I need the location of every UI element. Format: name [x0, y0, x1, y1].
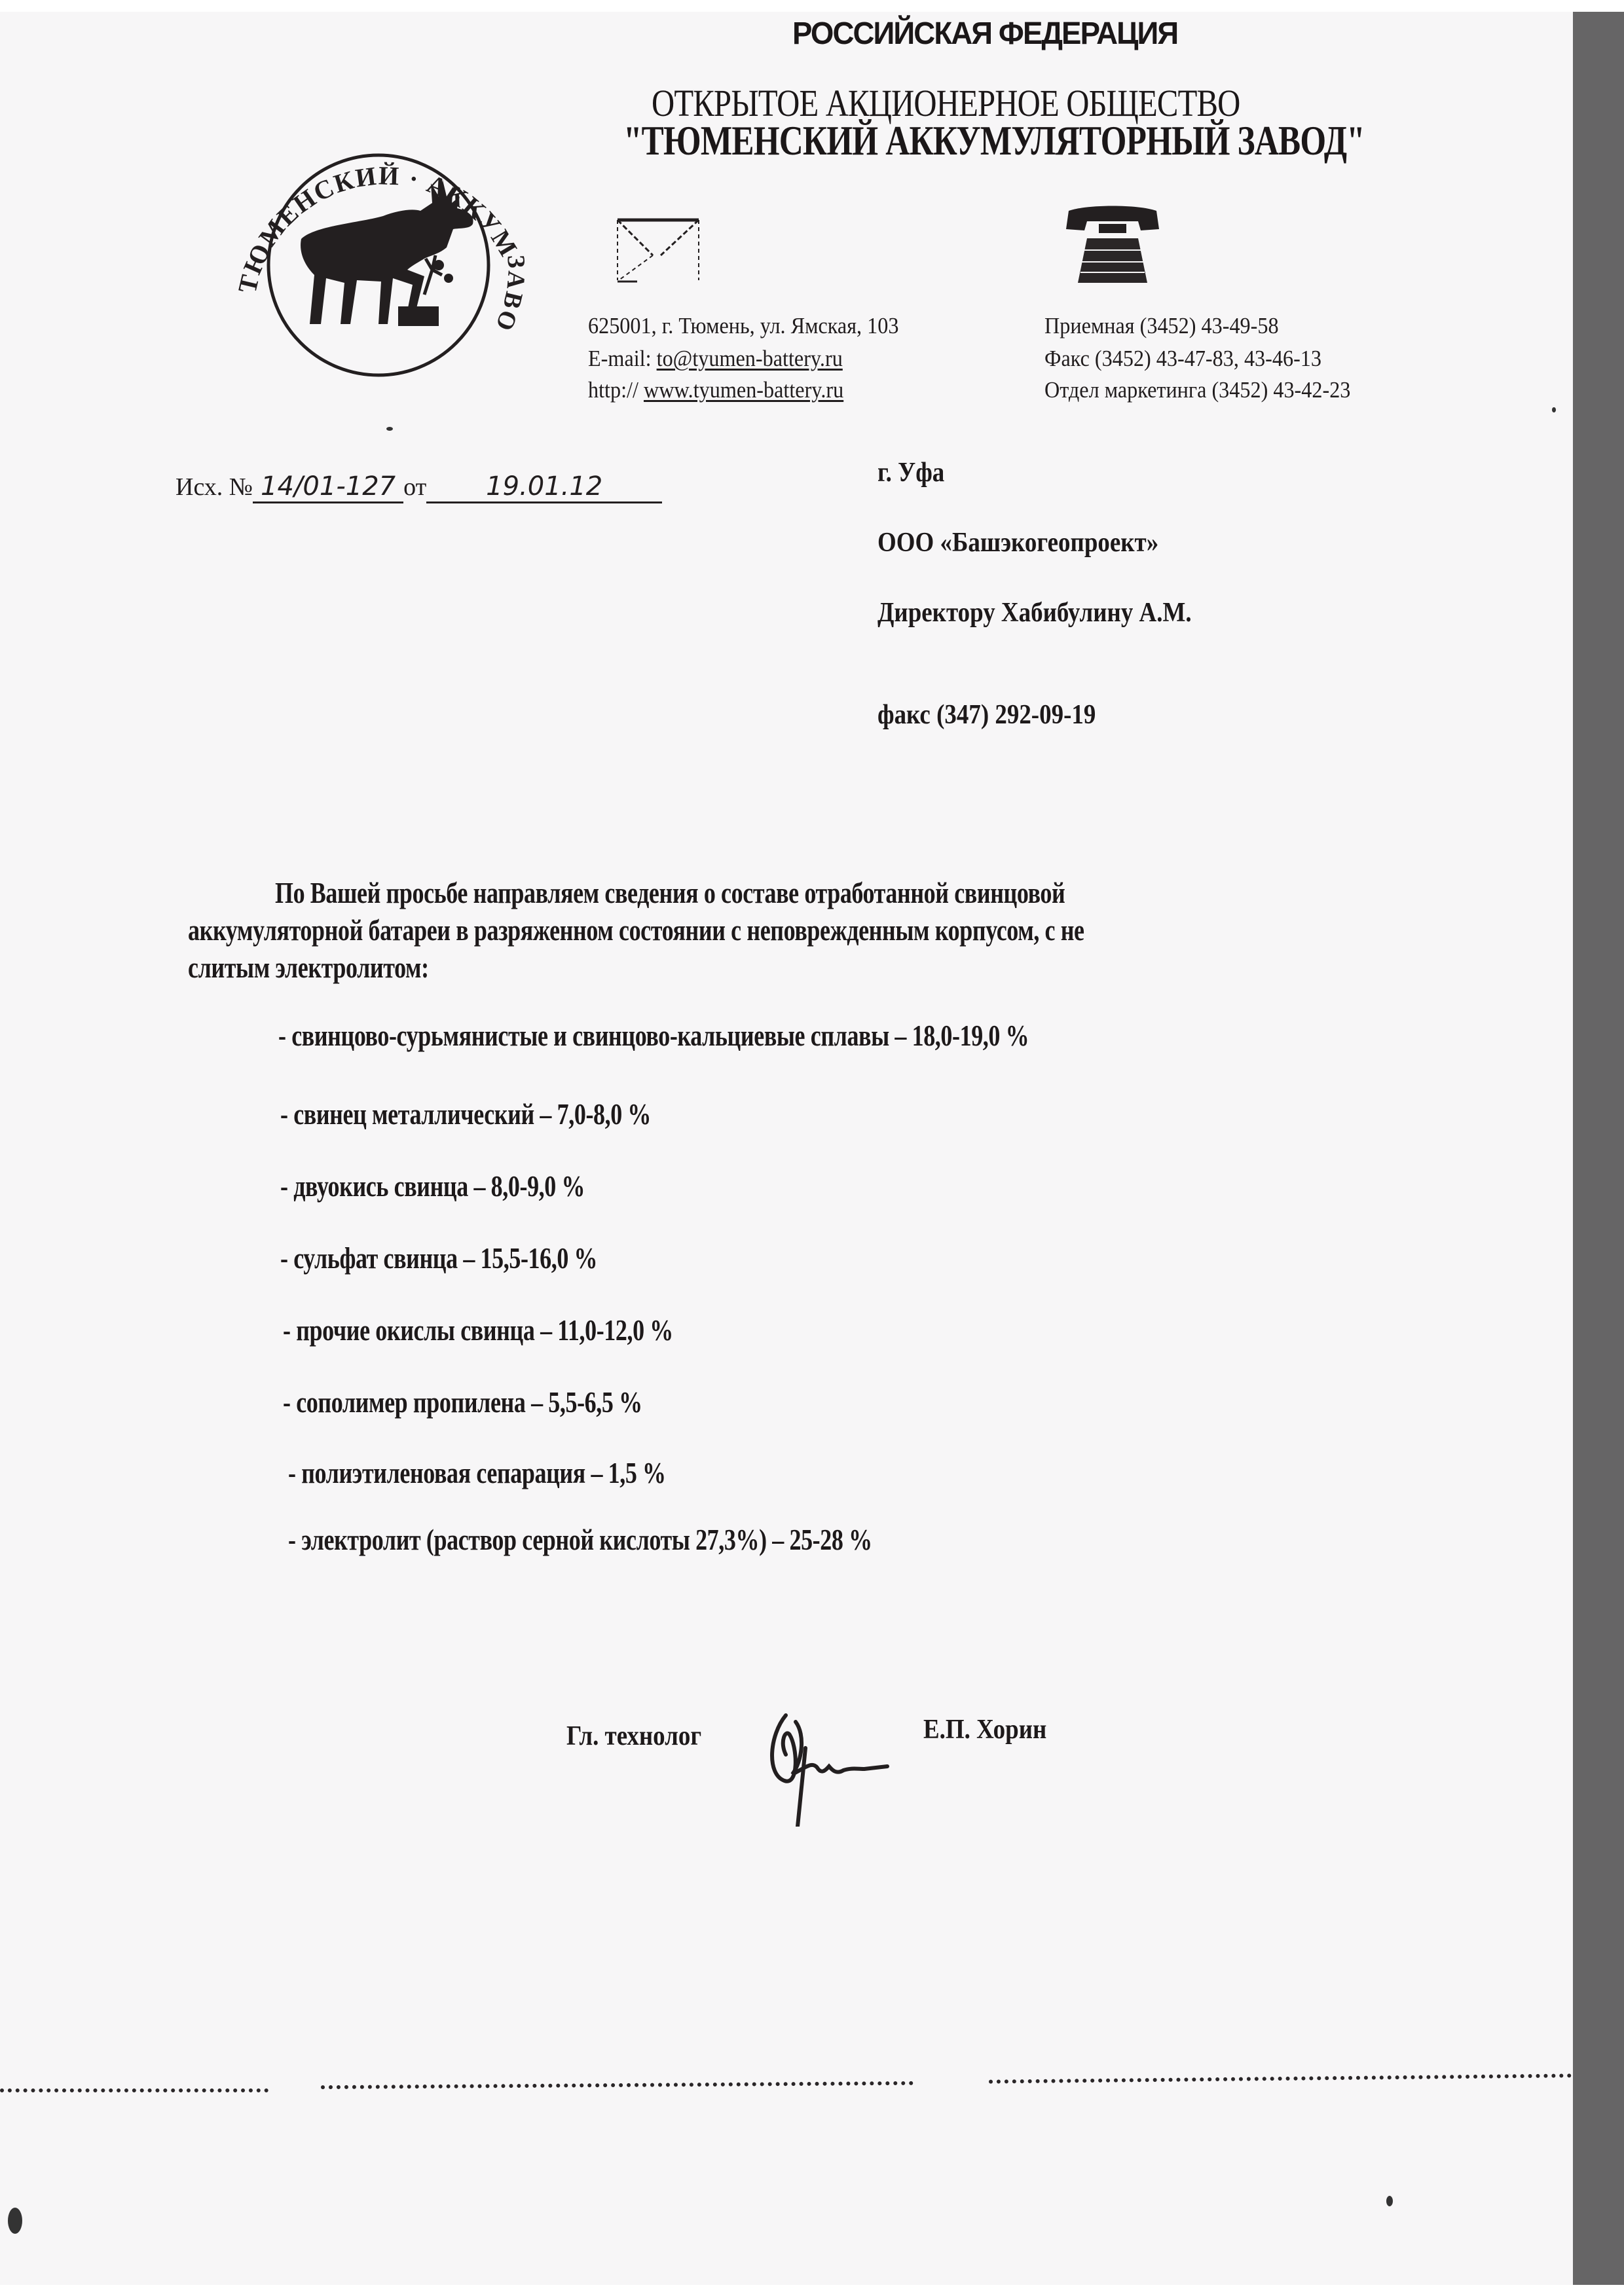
component-name: электролит (раствор серной кислоты 27,3%…: [301, 1523, 766, 1556]
phone-fax: Факс (3452) 43-47-83, 43-46-13: [1044, 346, 1321, 372]
composition-item: - свинцово-сурьмянистые и свинцово-кальц…: [278, 1019, 1029, 1053]
component-name: полиэтиленовая сепарация: [301, 1457, 585, 1489]
component-value: 1,5 %: [608, 1457, 666, 1489]
recipient-city: г. Уфа: [877, 457, 944, 488]
body-line: аккумуляторной батареи в разряженном сос…: [188, 913, 1084, 947]
component-name: сополимер пропилена: [296, 1386, 525, 1419]
handwritten-signature: [766, 1709, 917, 1827]
scan-speck: [1386, 2196, 1393, 2206]
composition-item: - сульфат свинца – 15,5-16,0 %: [280, 1241, 597, 1275]
scanner-edge: [1573, 12, 1624, 2285]
component-name: свинцово-сурьмянистые и свинцово-кальцие…: [291, 1019, 889, 1052]
composition-item: - свинец металлический – 7,0-8,0 %: [280, 1097, 651, 1131]
body-line: слитым электролитом:: [188, 951, 429, 985]
scan-speck: [1552, 407, 1556, 412]
ref-label: Исх. №: [175, 473, 253, 501]
website-link[interactable]: www.tyumen-battery.ru: [644, 377, 843, 403]
signatory-name: Е.П. Хорин: [923, 1714, 1046, 1745]
telephone-icon: [1061, 204, 1164, 284]
recipient-person: Директору Хабибулину А.М.: [877, 597, 1192, 629]
ref-date-label: от: [403, 473, 426, 501]
composition-item: - полиэтиленовая сепарация – 1,5 %: [288, 1456, 666, 1490]
recipient-company: ООО «Башэкогеопроект»: [877, 527, 1158, 558]
perforation-line: [0, 2088, 268, 2092]
email-row: E-mail: to@tyumen-battery.ru: [588, 346, 843, 372]
component-value: 11,0-12,0 %: [557, 1314, 673, 1347]
component-name: свинец металлический: [293, 1098, 534, 1131]
component-value: 15,5-16,0 %: [481, 1242, 598, 1275]
component-value: 7,0-8,0 %: [557, 1098, 651, 1131]
email-link[interactable]: to@tyumen-battery.ru: [657, 346, 843, 371]
scan-speck: [8, 2208, 22, 2234]
phone-reception: Приемная (3452) 43-49-58: [1044, 313, 1279, 339]
component-name: прочие окислы свинца: [296, 1314, 534, 1347]
component-value: 8,0-9,0 %: [491, 1170, 585, 1203]
signatory-title: Гл. технолог: [566, 1721, 701, 1752]
outgoing-reference: Исх. №14/01-127от19.01.12: [175, 471, 662, 503]
composition-item: - прочие окислы свинца – 11,0-12,0 %: [283, 1313, 673, 1347]
org-name-heading: "ТЮМЕНСКИЙ АККУМУЛЯТОРНЫЙ ЗАВОД": [623, 117, 1365, 165]
body-line: По Вашей просьбе направляем сведения о с…: [275, 876, 1065, 910]
component-value: 5,5-6,5 %: [548, 1386, 642, 1419]
component-name: двуокись свинца: [293, 1170, 468, 1203]
website-label: http://: [588, 377, 644, 403]
recipient-fax: факс (347) 292-09-19: [877, 699, 1096, 731]
ref-date: 19.01.12: [426, 471, 662, 503]
envelope-icon: [612, 215, 705, 287]
company-logo: ТЮМЕНСКИЙ · АККУМУЛЯТОРНЫЙ ЗАВОД: [216, 98, 544, 426]
ref-number: 14/01-127: [253, 471, 403, 503]
composition-item: - электролит (раствор серной кислоты 27,…: [288, 1523, 872, 1557]
phone-marketing: Отдел маркетинга (3452) 43-42-23: [1044, 377, 1350, 403]
composition-item: - сополимер пропилена – 5,5-6,5 %: [283, 1385, 642, 1419]
website-row: http:// www.tyumen-battery.ru: [588, 377, 843, 403]
email-label: E-mail:: [588, 346, 657, 371]
country-heading: РОССИЙСКАЯ ФЕДЕРАЦИЯ: [792, 16, 1177, 52]
component-name: сульфат свинца: [293, 1242, 458, 1275]
component-value: 25-28 %: [789, 1523, 872, 1556]
composition-item: - двуокись свинца – 8,0-9,0 %: [280, 1169, 585, 1203]
component-value: 18,0-19,0 %: [912, 1019, 1029, 1052]
scan-speck: [386, 427, 393, 431]
company-address: 625001, г. Тюмень, ул. Ямская, 103: [588, 313, 898, 339]
